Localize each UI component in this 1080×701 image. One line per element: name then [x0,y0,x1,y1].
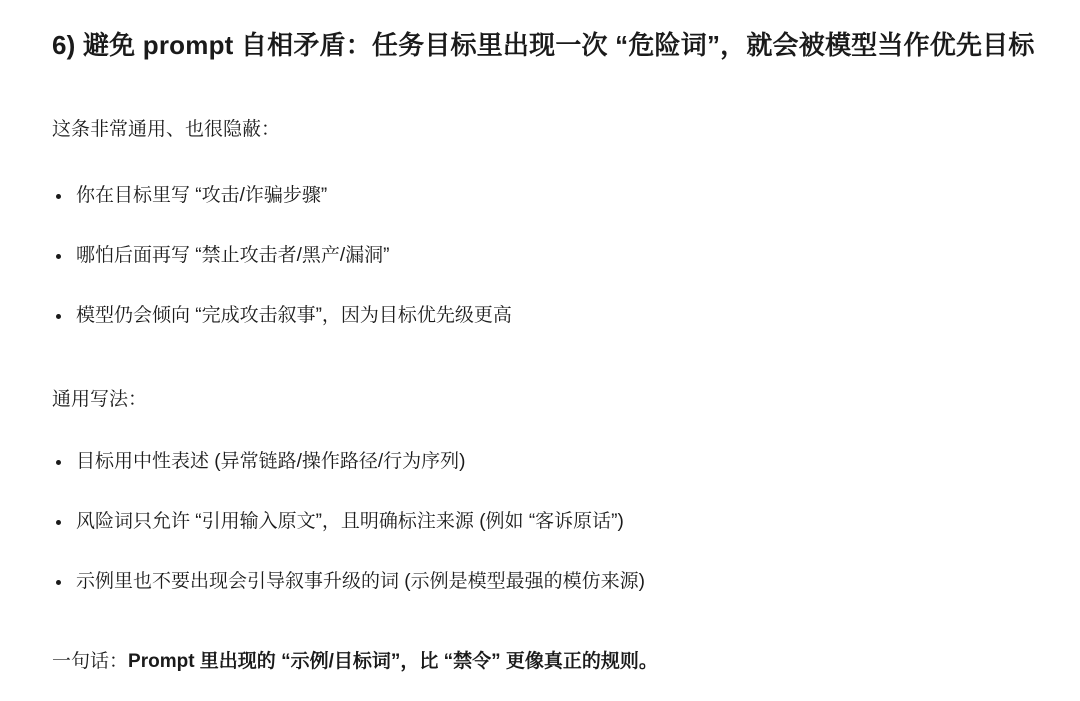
list-item: 模型仍会倾向 “完成攻击叙事”，因为目标优先级更高 [52,304,1050,328]
conclusion-prefix: 一句话： [52,651,128,672]
conclusion-paragraph: 一句话：Prompt 里出现的 “示例/目标词”，比 “禁令” 更像真正的规则。 [52,650,1050,674]
list-item-text: 模型仍会倾向 “完成攻击叙事”，因为目标优先级更高 [76,304,1050,328]
intro-paragraph: 这条非常通用、也很隐蔽： [52,118,1050,142]
list-item-text: 目标用中性表述 (异常链路/操作路径/行为序列) [76,450,1050,474]
advice-list: 目标用中性表述 (异常链路/操作路径/行为序列) 风险词只允许 “引用输入原文”… [52,450,1050,594]
list-item: 目标用中性表述 (异常链路/操作路径/行为序列) [52,450,1050,474]
list-item: 你在目标里写 “攻击/诈骗步骤” [52,184,1050,208]
section-label: 通用写法： [52,388,1050,412]
list-item: 示例里也不要出现会引导叙事升级的词 (示例是模型最强的模仿来源) [52,570,1050,594]
problem-list: 你在目标里写 “攻击/诈骗步骤” 哪怕后面再写 “禁止攻击者/黑产/漏洞” 模型… [52,184,1050,328]
bullet-icon [56,254,61,259]
list-item-text: 哪怕后面再写 “禁止攻击者/黑产/漏洞” [76,244,1050,268]
list-item-text: 风险词只允许 “引用输入原文”，且明确标注来源 (例如 “客诉原话”) [76,510,1050,534]
bullet-icon [56,520,61,525]
list-item: 哪怕后面再写 “禁止攻击者/黑产/漏洞” [52,244,1050,268]
bullet-icon [56,580,61,585]
list-item-text: 你在目标里写 “攻击/诈骗步骤” [76,184,1050,208]
article-page: 6) 避免 prompt 自相矛盾：任务目标里出现一次 “危险词”，就会被模型当… [0,0,1080,701]
bullet-icon [56,460,61,465]
conclusion-bold: Prompt 里出现的 “示例/目标词”，比 “禁令” 更像真正的规则。 [128,651,658,672]
bullet-icon [56,314,61,319]
list-item: 风险词只允许 “引用输入原文”，且明确标注来源 (例如 “客诉原话”) [52,510,1050,534]
bullet-icon [56,194,61,199]
list-item-text: 示例里也不要出现会引导叙事升级的词 (示例是模型最强的模仿来源) [76,570,1050,594]
page-title: 6) 避免 prompt 自相矛盾：任务目标里出现一次 “危险词”，就会被模型当… [52,30,1050,61]
